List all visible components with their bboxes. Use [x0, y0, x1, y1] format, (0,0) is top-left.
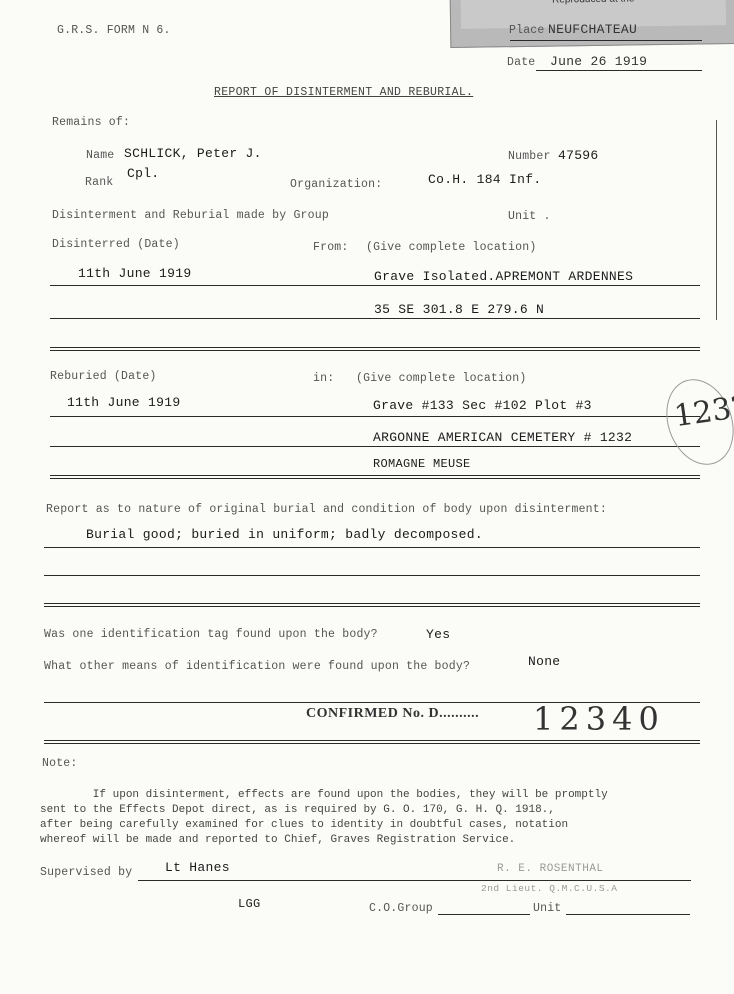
rank-value: Cpl.: [127, 166, 159, 181]
disinterred-date-value: 11th June 1919: [78, 266, 191, 281]
signature-title: 2nd Lieut. Q.M.C.U.S.A: [481, 883, 617, 894]
name-label: Name: [86, 149, 114, 162]
signature-name: R. E. ROSENTHAL: [497, 863, 604, 875]
condition-label: Report as to nature of original burial a…: [46, 503, 607, 516]
organization-label: Organization:: [290, 178, 382, 191]
reburied-date-label: Reburied (Date): [50, 370, 157, 383]
supervised-label: Supervised by: [40, 866, 132, 879]
in-location-hint: (Give complete location): [356, 372, 526, 385]
reburial-location-line2: ARGONNE AMERICAN CEMETERY # 1232: [373, 430, 632, 445]
number-label: Number: [508, 150, 551, 163]
rank-label: Rank: [85, 176, 113, 189]
group-label: Disinterment and Reburial made by Group: [52, 209, 329, 222]
from-location-hint: (Give complete location): [366, 241, 536, 254]
disinterment-location-line1: Grave Isolated.APREMONT ARDENNES: [374, 269, 633, 284]
co-group-label: C.O.Group: [369, 902, 433, 915]
initials: LGG: [238, 897, 261, 911]
tag-answer: Yes: [426, 627, 450, 642]
date-value: June 26 1919: [550, 54, 647, 69]
name-value: SCHLICK, Peter J.: [124, 146, 262, 161]
condition-value: Burial good; buried in uniform; badly de…: [86, 527, 483, 542]
form-number: G.R.S. FORM N 6.: [57, 24, 171, 37]
remains-label: Remains of:: [52, 116, 130, 129]
organization-value: Co.H. 184 Inf.: [428, 172, 541, 187]
place-label: Place: [509, 24, 545, 37]
place-value: NEUFCHATEAU: [548, 22, 637, 37]
date-label: Date: [507, 56, 535, 69]
confirmed-number-label: CONFIRMED No. D..........: [306, 706, 479, 722]
footer-unit-label: Unit: [533, 902, 561, 915]
page-edge: [716, 120, 717, 320]
supervised-value: Lt Hanes: [165, 860, 230, 875]
other-id-question: What other means of identification were …: [44, 660, 470, 673]
tag-question: Was one identification tag found upon th…: [44, 628, 378, 641]
number-value: 47596: [558, 148, 599, 163]
note-text: If upon disinterment, effects are found …: [40, 788, 608, 848]
unit-label: Unit .: [508, 210, 551, 223]
reburial-location-line1: Grave #133 Sec #102 Plot #3: [373, 398, 592, 413]
other-id-answer: None: [528, 654, 560, 669]
from-label: From:: [313, 241, 349, 254]
in-label: in:: [313, 372, 334, 385]
disinterred-date-label: Disinterred (Date): [52, 238, 180, 251]
note-label: Note:: [42, 757, 78, 770]
reburied-date-value: 11th June 1919: [67, 395, 180, 410]
confirmed-number-handwritten: 12340: [533, 700, 665, 738]
disinterment-location-line2: 35 SE 301.8 E 279.6 N: [374, 302, 544, 317]
reburial-location-line3: ROMAGNE MEUSE: [373, 457, 471, 471]
document-title: REPORT OF DISINTERMENT AND REBURIAL.: [214, 86, 473, 99]
